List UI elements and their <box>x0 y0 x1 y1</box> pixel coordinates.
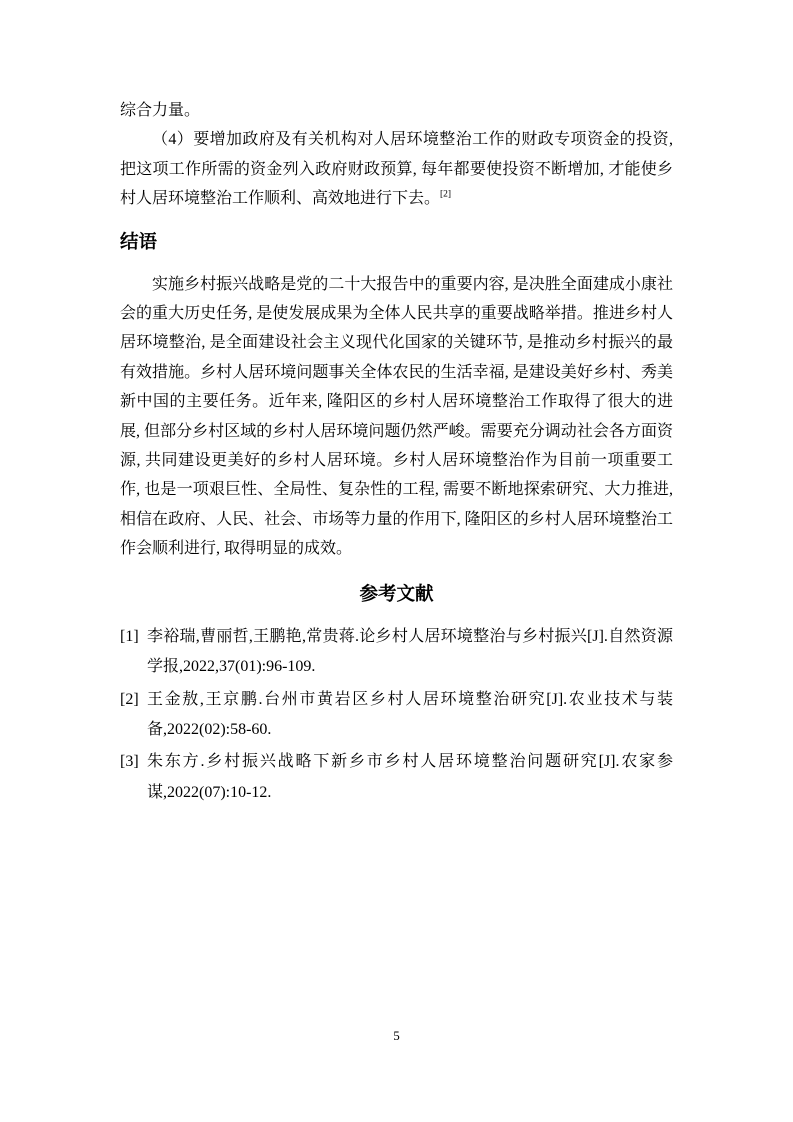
document-page: 综合力量。 （4）要增加政府及有关机构对人居环境整治工作的财政专项资金的投资, … <box>0 0 793 1122</box>
reference-2-label: [2] <box>120 685 139 715</box>
references-heading: 参考文献 <box>120 581 673 607</box>
references-list: [1]李裕瑞,曹丽哲,王鹏艳,常贵蒋.论乡村人居环境整治与乡村振兴[J].自然资… <box>120 622 673 808</box>
paragraph-item-4: （4）要增加政府及有关机构对人居环境整治工作的财政专项资金的投资, 把这项工作所… <box>120 125 673 213</box>
conclusion-heading: 结语 <box>120 229 673 255</box>
reference-entry-3: [3]朱东方.乡村振兴战略下新乡市乡村人居环境整治问题研究[J].农家参谋,20… <box>120 747 673 808</box>
page-number: 5 <box>0 1028 793 1044</box>
reference-2-text: 王金敖,王京鹏.台州市黄岩区乡村人居环境整治研究[J].农业技术与装备,2022… <box>147 691 673 738</box>
reference-3-text: 朱东方.乡村振兴战略下新乡市乡村人居环境整治问题研究[J].农家参谋,2022(… <box>147 753 673 800</box>
reference-3-label: [3] <box>120 747 139 777</box>
conclusion-paragraph: 实施乡村振兴战略是党的二十大报告中的重要内容, 是决胜全面建成小康社会的重大历史… <box>120 270 673 564</box>
reference-1-label: [1] <box>120 622 139 652</box>
paragraph-4-text: （4）要增加政府及有关机构对人居环境整治工作的财政专项资金的投资, 把这项工作所… <box>120 131 673 207</box>
paragraph-continuation: 综合力量。 <box>120 96 673 125</box>
reference-entry-2: [2]王金敖,王京鹏.台州市黄岩区乡村人居环境整治研究[J].农业技术与装备,2… <box>120 685 673 746</box>
reference-entry-1: [1]李裕瑞,曹丽哲,王鹏艳,常贵蒋.论乡村人居环境整治与乡村振兴[J].自然资… <box>120 622 673 683</box>
reference-1-text: 李裕瑞,曹丽哲,王鹏艳,常贵蒋.论乡村人居环境整治与乡村振兴[J].自然资源学报… <box>147 628 673 675</box>
citation-superscript-2: [2] <box>440 190 451 200</box>
